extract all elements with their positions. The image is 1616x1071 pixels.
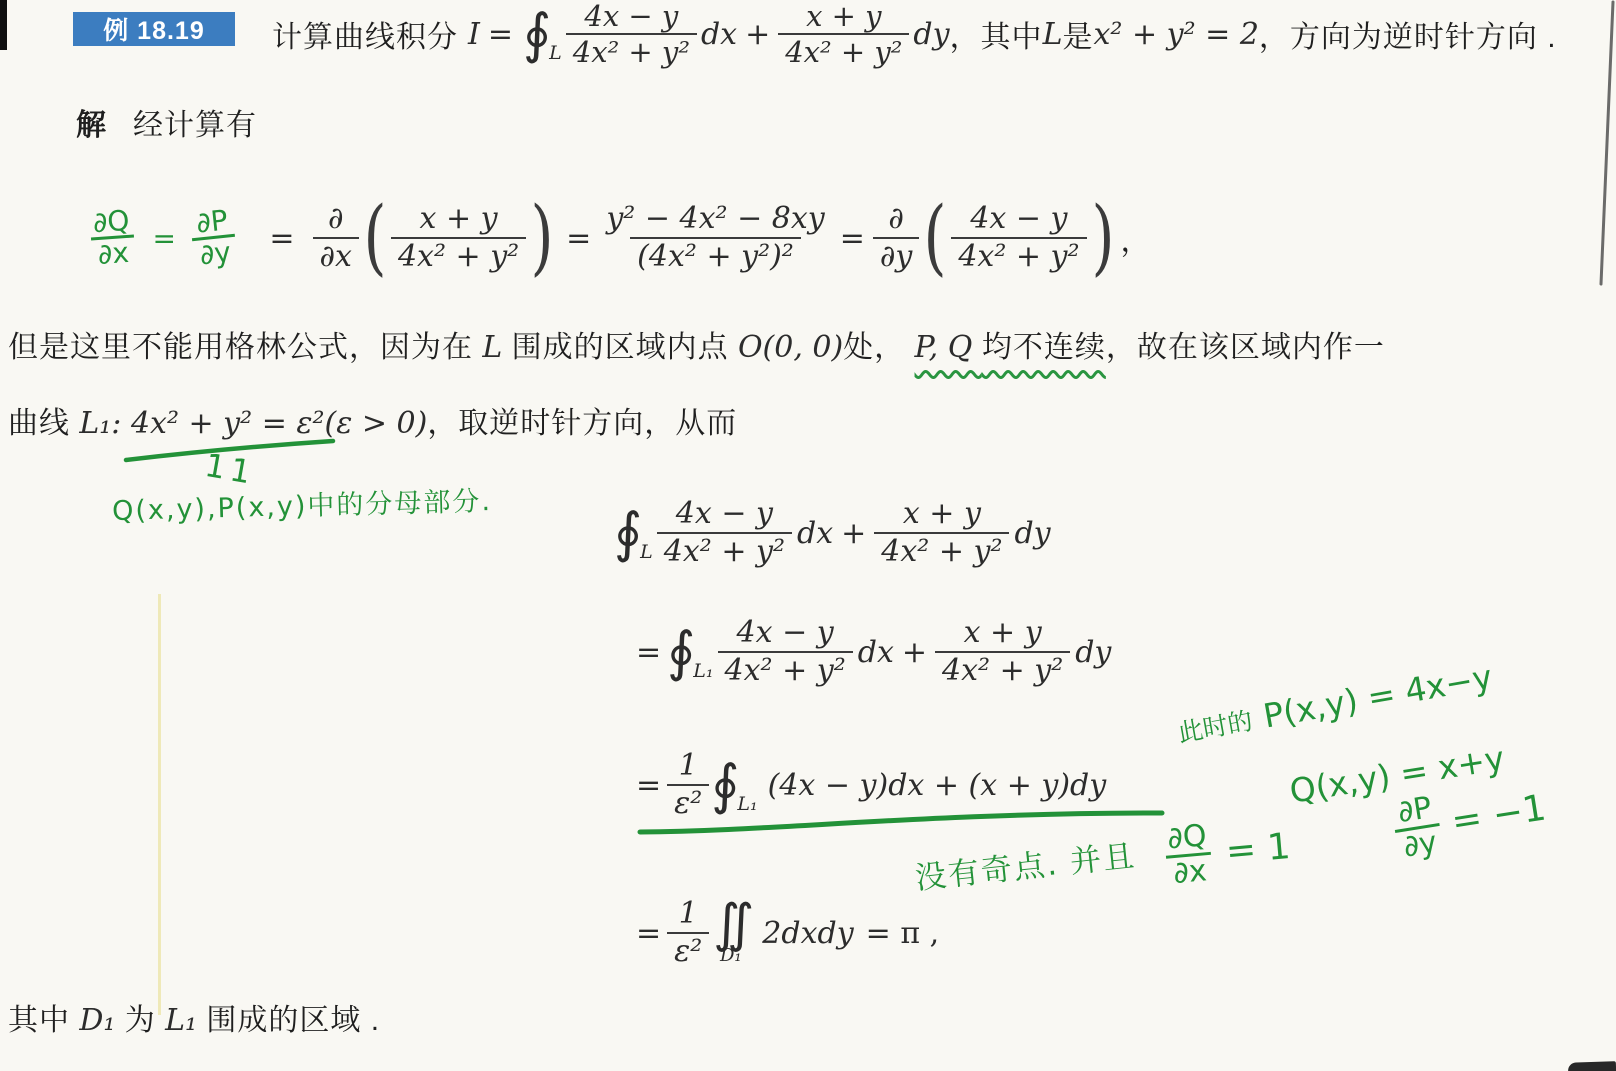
one-over-epsilon-squared: 1 ε²	[667, 748, 709, 821]
page-edge-mark	[0, 0, 7, 50]
dy-term: dy	[1075, 635, 1111, 670]
equals-pi-result: = π ,	[866, 916, 939, 951]
PQ-symbols: P, Q	[915, 330, 982, 365]
para1-text: 处，	[843, 331, 914, 364]
hand-denominator: ∂y	[192, 234, 238, 271]
fraction: x + y 4x² + y²	[935, 615, 1070, 688]
double-integral-icon: ∬	[713, 900, 754, 949]
integrand-expression: 2dxdy	[762, 916, 853, 951]
handwritten-denominator-note: Q(x,y),P(x,y)中的分母部分.	[112, 479, 493, 528]
fraction-numerator: x + y	[896, 496, 988, 532]
integral-subscript: D₁	[720, 945, 742, 966]
curve-L-symbol: L	[1043, 17, 1063, 52]
fraction-denominator: ε²	[667, 932, 709, 970]
ellipse-equation: 4x² + y² = ε²	[131, 406, 325, 441]
handwritten-no-singularity-note: 没有奇点. 并且	[913, 830, 1138, 898]
hand-fraction: ∂Q ∂x	[1160, 820, 1217, 890]
contour-integral-icon: ∮	[523, 10, 551, 59]
plus-sign: +	[841, 516, 866, 551]
curve-L1-symbol: L₁	[165, 1003, 197, 1038]
footer-text: 其中	[8, 1004, 79, 1037]
integral-symbol-I: I	[468, 17, 480, 52]
fraction-denominator: 4x² + y²	[657, 532, 792, 570]
fraction-denominator: ε²	[667, 784, 709, 822]
fraction-denominator: 4x² + y²	[718, 651, 853, 689]
example-badge: 例 18.19	[73, 12, 235, 46]
problem-tail-text-3: ，方向为逆时针方向 .	[1259, 12, 1557, 56]
curve-L-symbol: L	[482, 330, 502, 365]
problem-tail-text-1: ，其中	[950, 12, 1043, 56]
contour-integral: ∮ L	[523, 10, 564, 59]
double-integral: ∬ D₁	[713, 900, 754, 966]
equals-sign: =	[840, 221, 865, 256]
footer-text: 围成的区域 .	[197, 1004, 380, 1037]
contour-integral: ∮ L₁	[711, 761, 759, 810]
equals-sign: =	[488, 17, 513, 52]
integral-subscript: L	[549, 42, 562, 64]
solution-heading: 解 经计算有	[76, 100, 257, 144]
page-right-edge-line	[1601, 2, 1613, 284]
region-D1-symbol: D₁	[79, 1003, 115, 1038]
fraction-numerator: 1	[672, 896, 705, 932]
equation-line-3: = 1 ε² ∮ L₁ (4x − y)dx + (x + y)dy	[636, 733, 1106, 837]
fraction: 4x − y 4x² + y²	[718, 615, 853, 688]
fraction-numerator: 1	[672, 748, 705, 784]
fraction: 4x − y 4x² + y²	[566, 0, 697, 69]
origin-point: O(0, 0)	[738, 330, 843, 365]
fraction: x + y 4x² + y²	[874, 496, 1009, 569]
fraction-numerator: ∂	[321, 201, 351, 237]
plus-sign: +	[745, 17, 770, 52]
paragraph-green-formula-warning: 但是这里不能用格林公式，因为在 L 围成的区域内点 O(0, 0)处， P, Q…	[8, 322, 1608, 366]
contour-integral-icon: ∮	[711, 761, 739, 810]
fraction-denominator: (4x² + y²)²	[630, 237, 801, 275]
fraction: 4x − y 4x² + y²	[951, 201, 1086, 274]
epsilon-condition: (ε > 0)	[325, 406, 428, 441]
fraction-numerator: x + y	[957, 615, 1049, 651]
curve-L1-symbol: L₁:	[79, 406, 131, 441]
example-badge-label: 例 18.19	[103, 11, 205, 47]
solution-label: 解	[76, 100, 107, 144]
handwritten-dQ-dx-equals-1: ∂Q ∂x = 1	[1160, 813, 1293, 890]
comma: ，	[1121, 216, 1152, 260]
integral-subscript: L₁	[693, 660, 713, 682]
contour-integral-icon: ∮	[614, 509, 642, 558]
footer-region-note: 其中 D₁ 为 L₁ 围成的区域 .	[8, 995, 380, 1039]
equation-line-2: = ∮ L₁ 4x − y 4x² + y² dx + x + y 4x² + …	[636, 600, 1111, 704]
integrand-expression: (4x − y)dx + (x + y)dy	[768, 768, 1107, 803]
dy-term: dy	[1014, 516, 1050, 551]
fraction-numerator: y² − 4x² − 8xy	[599, 201, 831, 237]
partial-d-dy: ∂ ∂y	[873, 201, 919, 274]
equals-sign: =	[636, 635, 661, 670]
fraction-denominator: 4x² + y²	[951, 237, 1086, 275]
fraction: x + y 4x² + y²	[391, 201, 526, 274]
equation-line-4: = 1 ε² ∬ D₁ 2dxdy = π ,	[636, 881, 939, 985]
fraction-numerator: x + y	[413, 201, 505, 237]
equals-sign: =	[636, 916, 661, 951]
handwritten-dQ-dx-fraction: ∂Q ∂x	[86, 205, 139, 270]
fraction-denominator: 4x² + y²	[778, 33, 909, 69]
contour-integral-icon: ∮	[667, 628, 695, 677]
fraction: x + y 4x² + y²	[778, 0, 909, 69]
fraction: 4x − y 4x² + y²	[657, 496, 792, 569]
fraction-numerator: ∂	[881, 201, 911, 237]
not-continuous-text: 均不连续	[982, 331, 1106, 364]
para2-text: 曲线	[8, 407, 79, 440]
corner-dark-tab	[1568, 1061, 1616, 1071]
equals-sign: =	[566, 221, 591, 256]
dy-term: dy	[913, 17, 949, 52]
hand-fraction: ∂P ∂y	[1390, 791, 1445, 863]
handwritten-equals: =	[153, 222, 176, 255]
handwritten-dP-dy-fraction: ∂P ∂y	[189, 205, 239, 271]
fraction-denominator: 4x² + y²	[566, 33, 697, 69]
dx-term: dx	[797, 516, 833, 551]
fraction-numerator: 4x − y	[963, 201, 1074, 237]
plus-sign: +	[902, 635, 927, 670]
contour-integral: ∮ L₁	[667, 628, 715, 677]
note-label: 此时的	[1175, 701, 1255, 749]
integral-subscript: L	[640, 541, 653, 563]
para1-text: 但是这里不能用格林公式，因为在	[8, 331, 482, 364]
dx-term: dx	[858, 635, 894, 670]
fraction-denominator: ∂y	[873, 237, 919, 275]
problem-lead-text: 计算曲线积分	[272, 12, 458, 56]
problem-statement: 计算曲线积分 I = ∮ L 4x − y 4x² + y² dx + x + …	[272, 0, 1557, 76]
fraction-numerator: x + y	[799, 0, 888, 33]
equals-sign: =	[636, 768, 661, 803]
contour-integral: ∮ L	[614, 509, 655, 558]
paragraph-curve-L1: 曲线 L₁: 4x² + y² = ε²(ε > 0)，取逆时针方向，从而	[8, 398, 1608, 442]
fraction-denominator: 4x² + y²	[935, 651, 1070, 689]
yellow-highlight-line	[158, 594, 161, 1015]
equals-sign: =	[269, 221, 294, 256]
para1-text: ，故在该区域内作一	[1106, 331, 1385, 364]
circle-equation: x² + y² = 2	[1093, 17, 1258, 52]
para2-text: ，取逆时针方向，从而	[427, 407, 737, 440]
partial-d-dx: ∂ ∂x	[313, 201, 359, 274]
fraction-denominator: 4x² + y²	[874, 532, 1009, 570]
equation-line-1: ∮ L 4x − y 4x² + y² dx + x + y 4x² + y² …	[612, 481, 1051, 585]
solution-lead-text: 经计算有	[133, 100, 257, 144]
hand-denominator: ∂x	[91, 235, 136, 270]
one-over-epsilon-squared: 1 ε²	[667, 896, 709, 969]
middle-fraction: y² − 4x² − 8xy (4x² + y²)²	[599, 201, 831, 274]
fraction-denominator: 4x² + y²	[391, 237, 526, 275]
para1-text: 围成的区域内点	[502, 331, 738, 364]
derivative-equation-line: ∂Q ∂x = ∂P ∂y = ∂ ∂x ( x + y 4x² + y² ) …	[88, 182, 1152, 294]
fraction-numerator: 4x − y	[577, 0, 685, 33]
problem-tail-text-2: 是	[1062, 12, 1093, 56]
wavy-underlined-phrase: P, Q 均不连续	[915, 344, 1106, 361]
fraction-numerator: 4x − y	[730, 615, 841, 651]
integral-subscript: L₁	[737, 793, 757, 815]
fraction-denominator: ∂x	[313, 237, 359, 275]
handwritten-P-definition: 此时的 P(x,y) = 4x−y	[1175, 657, 1495, 751]
hand-numerator: ∂P	[189, 205, 235, 239]
fraction-numerator: 4x − y	[669, 496, 780, 532]
dx-term: dx	[701, 17, 737, 52]
hand-numerator: ∂Q	[86, 205, 136, 238]
